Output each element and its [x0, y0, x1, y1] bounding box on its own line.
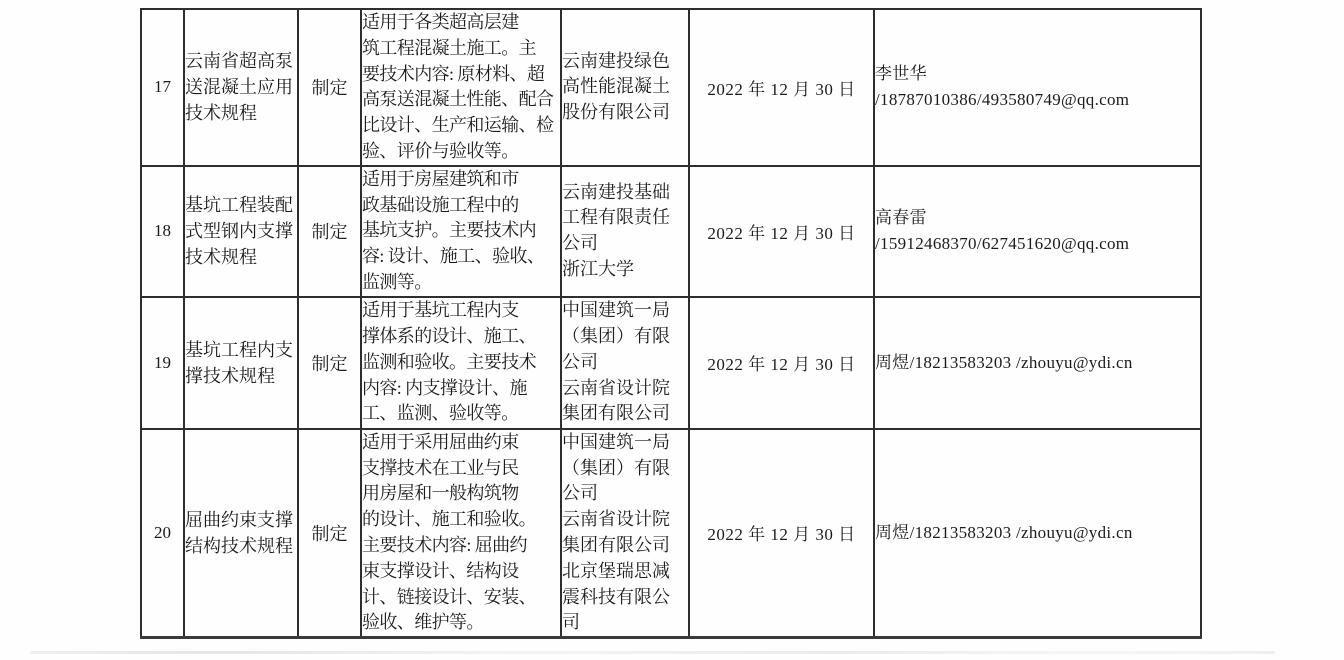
standards-table-container: 17 云南省超高泵 送混凝土应用 技术规程 制定 适用于各类超高层建 筑工程混凝…	[140, 8, 1202, 639]
cell-standard-name: 基坑工程装配 式型钢内支撑 技术规程	[184, 166, 298, 297]
cell-completion-date: 2022 年 12 月 30 日	[689, 9, 874, 166]
scanned-document-page: 17 云南省超高泵 送混凝土应用 技术规程 制定 适用于各类超高层建 筑工程混凝…	[0, 0, 1344, 660]
cell-scope: 适用于基坑工程内支 撑体系的设计、施工、 监测和验收。主要技术 内容: 内支撑设…	[361, 297, 561, 429]
cell-row-number: 17	[141, 9, 184, 166]
scan-artifact-line	[30, 651, 1275, 654]
cell-row-number: 18	[141, 166, 184, 297]
cell-scope: 适用于采用屈曲约束 支撑技术在工业与民 用房屋和一般构筑物 的设计、施工和验收。…	[361, 429, 561, 638]
cell-standard-name: 云南省超高泵 送混凝土应用 技术规程	[184, 9, 298, 166]
cell-chief-editor-units: 云南建投基础 工程有限责任 公司 浙江大学	[561, 166, 689, 297]
cell-contact-info: 周煜/18213583203 /zhouyu@ydi.cn	[874, 429, 1201, 638]
cell-contact-info: 高春雷 /15912468370/627451620@qq.com	[874, 166, 1201, 297]
cell-scope: 适用于房屋建筑和市 政基础设施工程中的 基坑支护。主要技术内 容: 设计、施工、…	[361, 166, 561, 297]
cell-completion-date: 2022 年 12 月 30 日	[689, 297, 874, 429]
cell-scope: 适用于各类超高层建 筑工程混凝土施工。主 要技术内容: 原材料、超 高泵送混凝土…	[361, 9, 561, 166]
cell-chief-editor-units: 中国建筑一局 （集团）有限 公司 云南省设计院 集团有限公司	[561, 297, 689, 429]
table-row: 17 云南省超高泵 送混凝土应用 技术规程 制定 适用于各类超高层建 筑工程混凝…	[141, 9, 1201, 166]
cell-row-number: 19	[141, 297, 184, 429]
standards-table: 17 云南省超高泵 送混凝土应用 技术规程 制定 适用于各类超高层建 筑工程混凝…	[140, 8, 1202, 639]
cell-completion-date: 2022 年 12 月 30 日	[689, 429, 874, 638]
cell-formulation-type: 制定	[298, 166, 361, 297]
cell-formulation-type: 制定	[298, 429, 361, 638]
cell-row-number: 20	[141, 429, 184, 638]
cell-completion-date: 2022 年 12 月 30 日	[689, 166, 874, 297]
table-row: 19 基坑工程内支 撑技术规程 制定 适用于基坑工程内支 撑体系的设计、施工、 …	[141, 297, 1201, 429]
cell-formulation-type: 制定	[298, 9, 361, 166]
cell-chief-editor-units: 中国建筑一局 （集团）有限 公司 云南省设计院 集团有限公司 北京堡瑞思减 震科…	[561, 429, 689, 638]
table-row: 20 屈曲约束支撑 结构技术规程 制定 适用于采用屈曲约束 支撑技术在工业与民 …	[141, 429, 1201, 638]
table-row: 18 基坑工程装配 式型钢内支撑 技术规程 制定 适用于房屋建筑和市 政基础设施…	[141, 166, 1201, 297]
cell-contact-info: 李世华 /18787010386/493580749@qq.com	[874, 9, 1201, 166]
cell-contact-info: 周煜/18213583203 /zhouyu@ydi.cn	[874, 297, 1201, 429]
cell-chief-editor-units: 云南建投绿色 高性能混凝土 股份有限公司	[561, 9, 689, 166]
cell-formulation-type: 制定	[298, 297, 361, 429]
cell-standard-name: 基坑工程内支 撑技术规程	[184, 297, 298, 429]
cell-standard-name: 屈曲约束支撑 结构技术规程	[184, 429, 298, 638]
